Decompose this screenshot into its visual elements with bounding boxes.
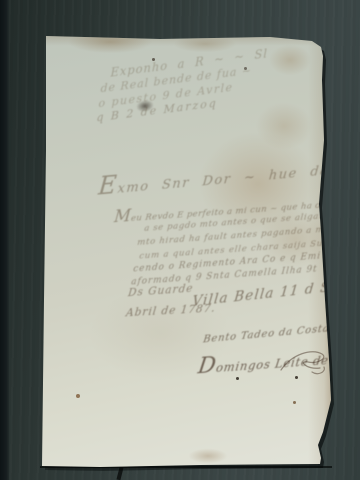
ink-speck bbox=[236, 377, 239, 380]
manuscript-paper: Exponho a R ~ ~ Sl de Real bende de fua … bbox=[40, 34, 336, 468]
foxing-dot bbox=[293, 401, 296, 404]
foxing-dot bbox=[76, 394, 80, 398]
date-line: Abril de 1787. bbox=[125, 303, 216, 320]
signature-1: Bento Tadeo da Costa bbox=[203, 323, 331, 345]
left-dark-strip bbox=[0, 0, 9, 480]
signature-rubric-flourish bbox=[278, 344, 330, 378]
photo-of-manuscript: Exponho a R ~ ~ Sl de Real bende de fua … bbox=[0, 0, 360, 480]
